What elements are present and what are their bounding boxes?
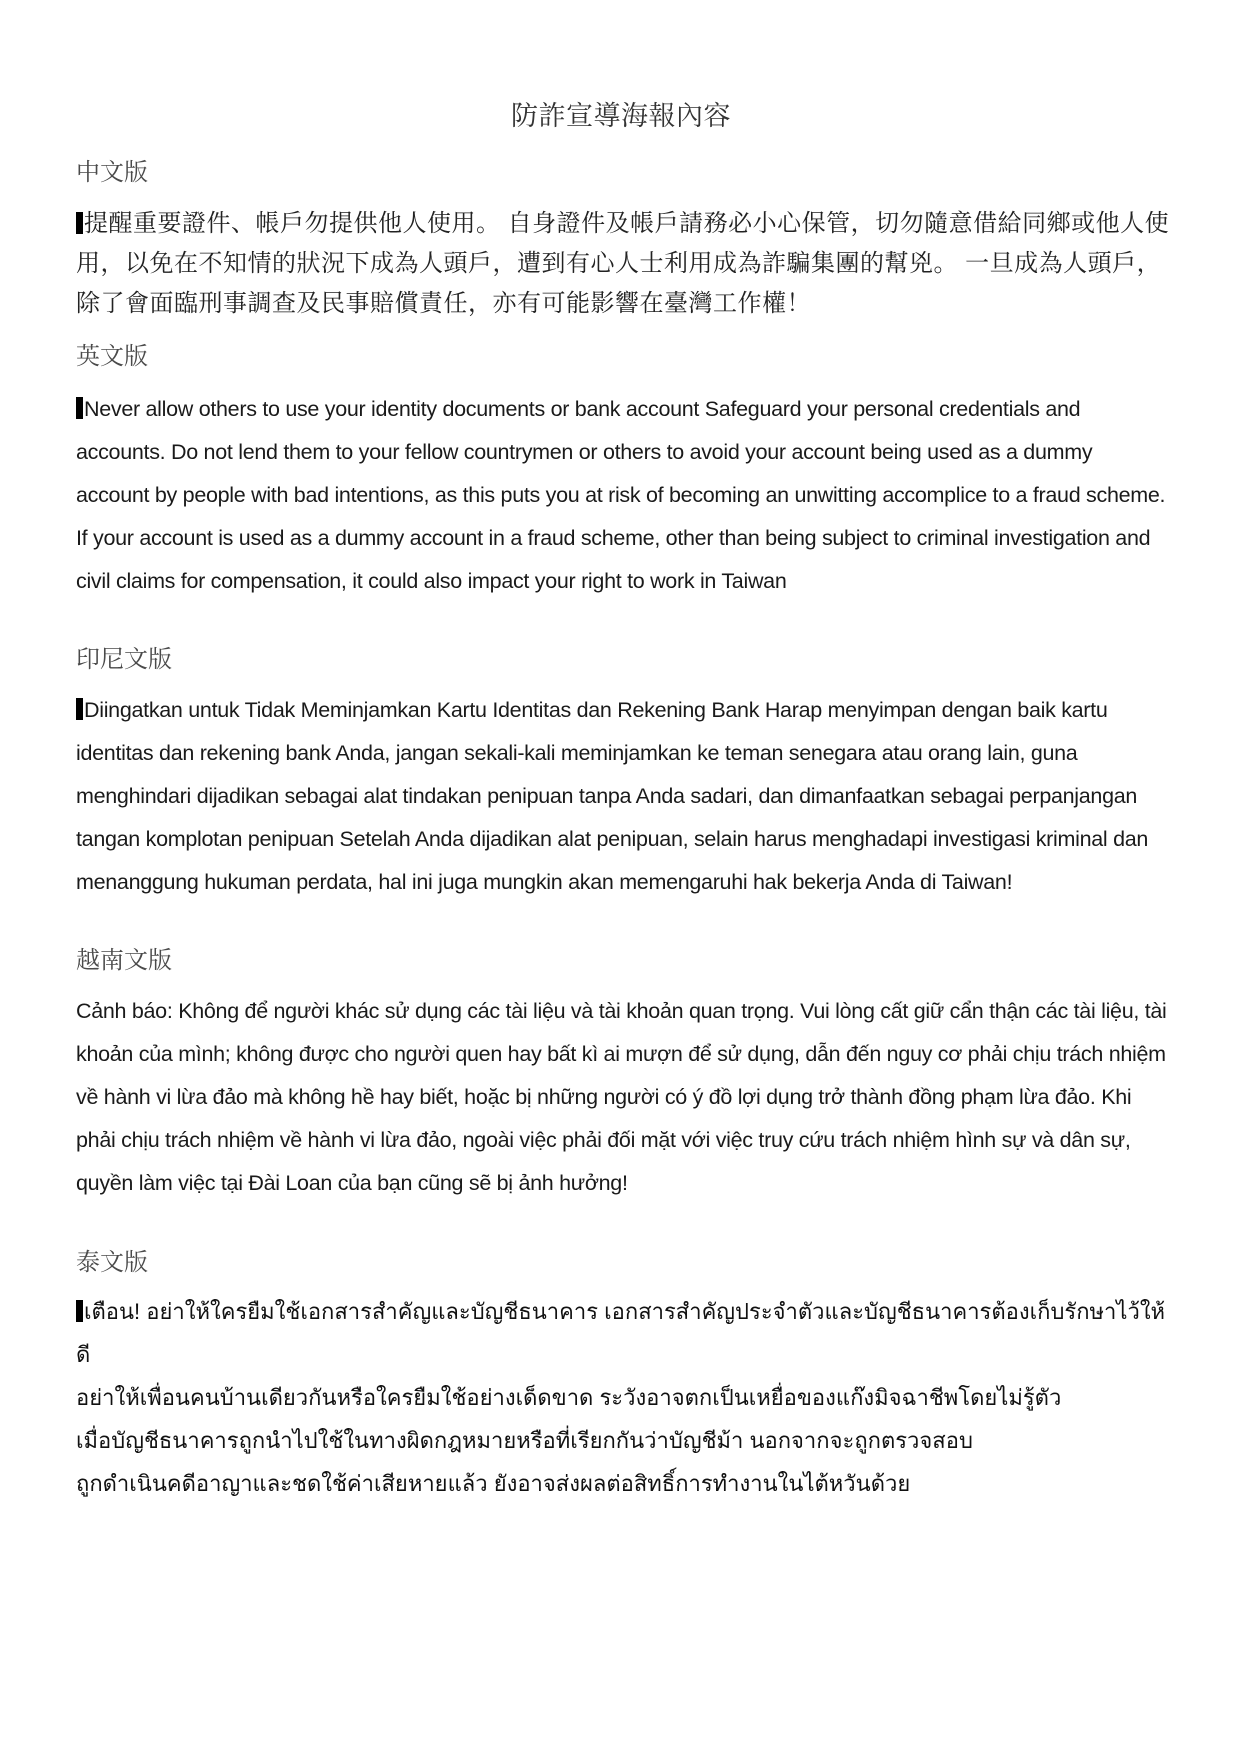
section-body-thai: เตือน! อย่าให้ใครยืมใช้เอกสารสำคัญและบัญ… — [76, 1290, 1171, 1505]
section-heading-chinese: 中文版 — [76, 152, 148, 187]
document-title: 防詐宣導海報內容 — [76, 94, 1166, 133]
bullet-marker — [76, 212, 83, 234]
section-heading-vietnamese: 越南文版 — [76, 940, 172, 975]
thai-line: ถูกดำเนินคดีอาญาและชดใช้ค่าเสียหายแล้ว ย… — [76, 1462, 1171, 1505]
thai-line: อย่าให้เพื่อนคนบ้านเดียวกันหรือใครยืมใช้… — [76, 1376, 1171, 1419]
section-body-english: Never allow others to use your identity … — [76, 388, 1171, 603]
section-text-vietnamese: Cảnh báo: Không để người khác sử dụng cá… — [76, 999, 1167, 1195]
section-text-english: Never allow others to use your identity … — [76, 397, 1165, 593]
bullet-marker — [76, 397, 83, 419]
section-heading-thai: 泰文版 — [76, 1242, 148, 1277]
thai-line: เมื่อบัญชีธนาคารถูกนำไปใช้ในทางผิดกฎหมาย… — [76, 1419, 1171, 1462]
thai-line: เตือน! อย่าให้ใครยืมใช้เอกสารสำคัญและบัญ… — [76, 1290, 1171, 1376]
section-body-chinese: 提醒重要證件、帳戶勿提供他人使用。 自身證件及帳戶請務必小心保管，切勿隨意借給同… — [76, 204, 1171, 324]
bullet-marker — [76, 1300, 83, 1322]
bullet-marker — [76, 698, 83, 720]
section-text-chinese: 提醒重要證件、帳戶勿提供他人使用。 自身證件及帳戶請務必小心保管，切勿隨意借給同… — [76, 210, 1169, 317]
section-body-indonesian: Diingatkan untuk Tidak Meminjamkan Kartu… — [76, 689, 1171, 904]
section-heading-indonesian: 印尼文版 — [76, 639, 172, 674]
section-text-indonesian: Diingatkan untuk Tidak Meminjamkan Kartu… — [76, 698, 1148, 894]
section-heading-english: 英文版 — [76, 336, 148, 371]
section-body-vietnamese: Cảnh báo: Không để người khác sử dụng cá… — [76, 990, 1171, 1205]
